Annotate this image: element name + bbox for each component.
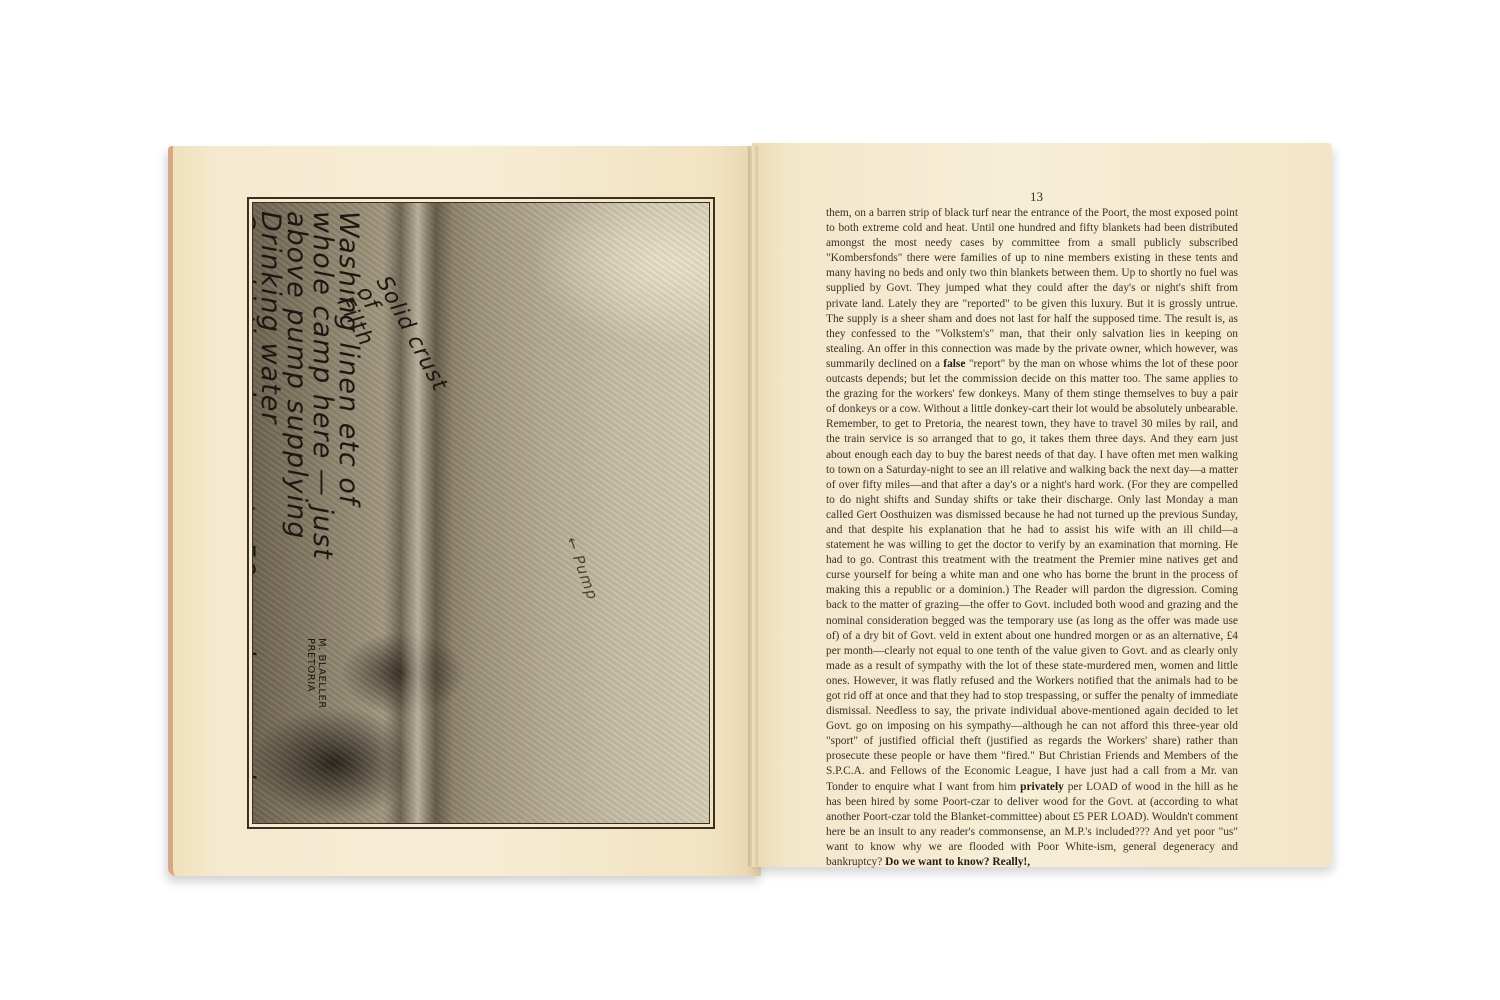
text-segment: per LOAD of wood in the hill as he has b… [826, 781, 1238, 868]
camp-photograph: Washing linen etc of whole camp here — j… [252, 202, 710, 824]
text-segment: "report" by the man on whose whims the l… [826, 358, 1238, 793]
page-number: 13 [1030, 189, 1043, 205]
caption-line: On skirting days up to 50 can be seen he… [252, 211, 257, 824]
credit-line: PRETORIA [305, 638, 316, 709]
paragraph: them, on a barren strip of black turf ne… [826, 206, 1238, 870]
photo-plate-frame: Washing linen etc of whole camp here — j… [247, 197, 715, 829]
caption-line: Drinking water [257, 211, 283, 824]
article-body: them, on a barren strip of black turf ne… [826, 206, 1238, 870]
bold-text-segment: privately [1020, 781, 1064, 793]
open-booklet: Washing linen etc of whole camp here — j… [0, 0, 1500, 1000]
arrow-icon: ← Pump [559, 533, 606, 604]
credit-line: M. BLAELLER [316, 638, 327, 709]
text-segment: them, on a barren strip of black turf ne… [826, 207, 1238, 370]
closing-bold-text: Do we want to know? Really!, [885, 856, 1030, 868]
bold-text-segment: false [943, 358, 965, 370]
pump-label: Pump [569, 553, 602, 603]
caption-line: whole camp here — just [309, 211, 335, 824]
booklet-spine [748, 146, 758, 866]
caption-line: above pump supplying [283, 211, 309, 824]
photographer-credit: M. BLAELLER PRETORIA [305, 638, 327, 709]
handwritten-pump-label: ← Pump [559, 533, 606, 604]
